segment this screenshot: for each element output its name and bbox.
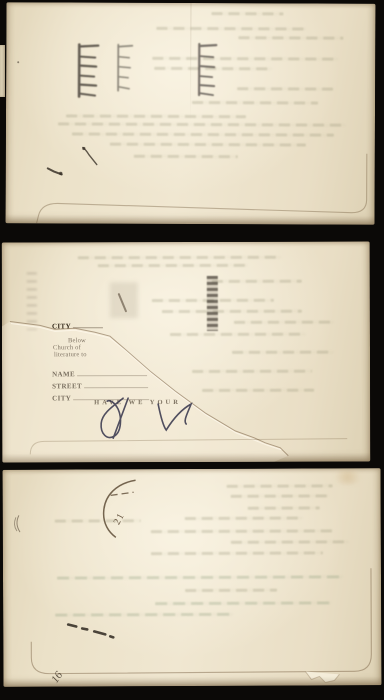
envelope-back-bottom: 21 16 [3,468,382,687]
pen-blob [59,172,62,175]
envelope1-marks-overlay [6,2,376,225]
pen-stroke [83,148,97,165]
ink-dash-smudge [68,624,113,637]
ink-dot [17,61,19,63]
envelope-back-top [6,2,376,225]
bottom-edge-shadow [2,453,370,463]
bottom-edge-shadow [3,676,381,687]
pen-blob [82,147,85,150]
pen-marks [17,61,97,175]
dark-smudge-stroke [119,294,126,311]
comb-smudge-1 [79,45,98,97]
comb-smudge-3 [199,44,216,95]
ink-transfer-comb-marks [79,44,216,98]
envelope3-marks-overlay: 21 16 [3,468,382,687]
flap-outline [31,568,371,673]
paper-fragment-edge [0,45,5,97]
scanned-envelopes-sheet: CITY Below Church of literature to NAME … [0,0,384,700]
bottom-edge-shadow [6,214,375,225]
pen-marks [14,516,19,532]
envelope2-marks-overlay [2,242,371,463]
pen-curve [17,516,20,532]
postmark-arc [103,480,135,537]
pen-curve [14,518,16,531]
envelope-back-middle: CITY Below Church of literature to NAME … [2,242,371,463]
postmark-text: 21 [112,511,127,527]
postmark-dash-line [111,492,134,495]
comb-smudge-2 [118,45,132,91]
postmark: 21 [103,480,135,537]
